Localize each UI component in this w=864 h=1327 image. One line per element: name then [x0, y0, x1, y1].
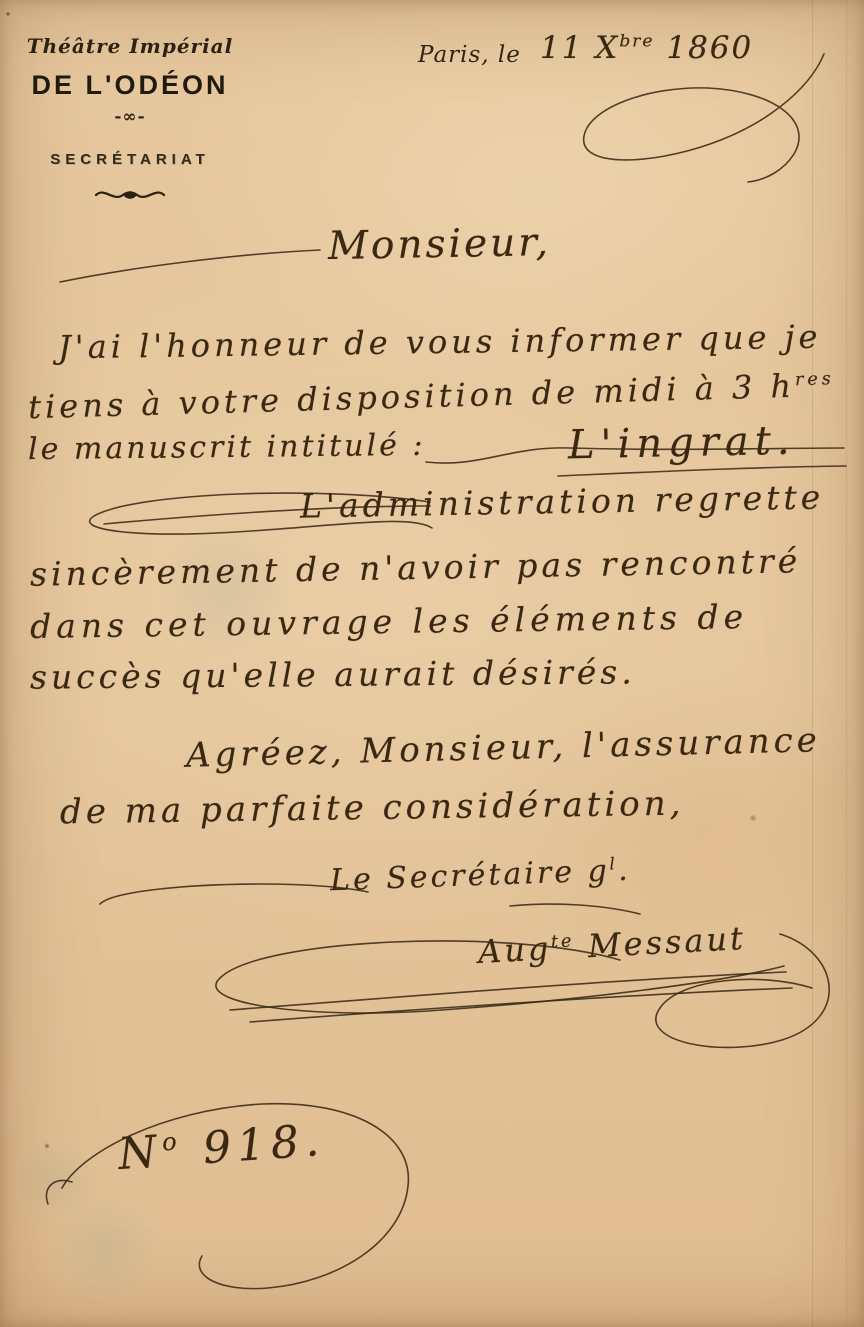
body-p2-line3: dans cet ouvrage les éléments de — [30, 597, 749, 646]
body-p1-line1: J'ai l'honneur de vous informer que je — [58, 318, 822, 367]
date-flourish — [556, 48, 856, 198]
body-p1-line3: le manuscrit intitulé : — [28, 428, 426, 467]
body-p1-line2: tiens à votre disposition de midi à 3 hr… — [28, 366, 836, 427]
closing-line1: Agréez, Monsieur, l'assurance — [186, 720, 822, 775]
letter-page: Théâtre Impérial DE L'ODÉON -∞- SECRÉTAR… — [0, 0, 864, 1327]
letterhead: Théâtre Impérial DE L'ODÉON -∞- SECRÉTAR… — [22, 34, 238, 208]
reference-flourish — [40, 1092, 430, 1292]
letterhead-divider-ornament: -∞- — [22, 107, 238, 127]
letterhead-institution-name: DE L'ODÉON — [22, 70, 238, 101]
body-p2-line2: sincèrement de n'avoir pas rencontré — [30, 541, 802, 593]
dateline-printed-place: Paris, le — [418, 42, 521, 68]
salutation: Monsieur, — [328, 220, 552, 269]
closing-line2: de ma parfaite considération, — [60, 784, 685, 833]
body-p2-line1: L'administration regrette — [300, 477, 825, 525]
signature-role: Le Secrétaire gl. — [329, 853, 631, 898]
paper-edge-line — [846, 0, 847, 1327]
letterhead-theatre-line: Théâtre Impérial — [22, 34, 238, 58]
salutation-lead-stroke — [58, 246, 323, 286]
signature-flourish — [80, 900, 860, 1080]
letterhead-scroll-ornament-icon — [22, 186, 238, 208]
letterhead-department: SECRÉTARIAT — [22, 151, 238, 168]
body-p2-line4: succès qu'elle aurait désirés. — [30, 652, 636, 696]
paper-fold-line — [812, 0, 813, 1327]
